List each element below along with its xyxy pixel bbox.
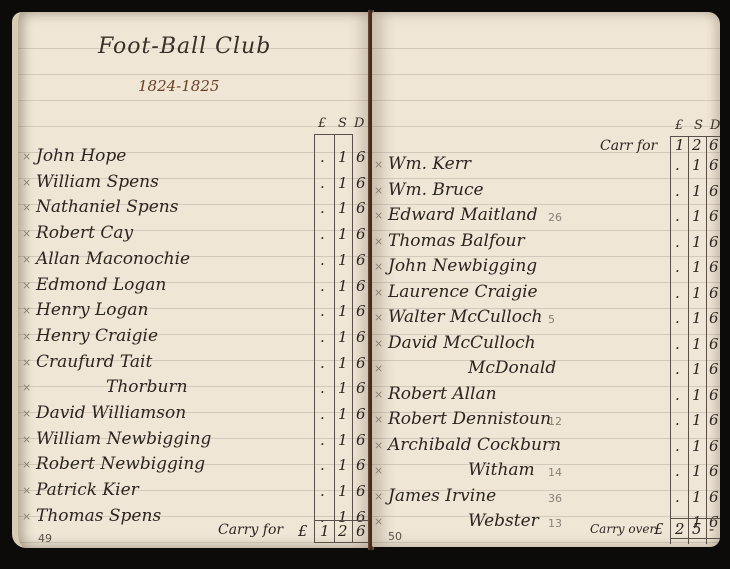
amount-pence: 6 [709,488,719,506]
open-ledger-book: Foot-Ball Club 1824-1825 £ S D ×John Hop… [0,0,730,569]
member-name: Wm. Kerr [388,154,471,174]
check-mark-icon: × [374,158,383,171]
amount-pence: 6 [356,456,366,474]
member-name: Thomas Balfour [388,231,525,251]
amount-shillings: 1 [692,462,702,480]
check-mark-icon: × [22,253,31,266]
total-pound-symbol: £ [654,520,664,538]
check-mark-icon: × [22,279,31,292]
total-pence: 6 [356,522,366,540]
column-rule [352,134,353,542]
amount-shillings: 1 [338,174,348,192]
amount-pounds: . [675,182,680,200]
amount-pounds: . [675,156,680,174]
amount-pence: 6 [709,182,719,200]
carry-over-label: Carry over [590,522,655,536]
amount-shillings: 1 [692,309,702,327]
member-name: Edward Maitland [388,205,538,225]
pencil-note: 5 [548,313,555,326]
total-pounds: 1 [320,522,330,540]
check-mark-icon: × [374,209,383,222]
amount-pounds: . [320,456,325,474]
amount-shillings: 1 [338,456,348,474]
amount-pence: 6 [709,156,719,174]
page-number-left: 49 [38,532,52,545]
amount-pounds: . [675,258,680,276]
amount-pounds: . [675,233,680,251]
amount-shillings: 1 [338,405,348,423]
member-name: Craufurd Tait [36,352,152,372]
amount-shillings: 1 [692,386,702,404]
check-mark-icon: × [22,381,31,394]
amount-shillings: 1 [338,277,348,295]
amount-pounds: . [675,411,680,429]
member-name: Robert Allan [388,384,497,404]
total-pound-symbol: £ [298,522,308,540]
check-mark-icon: × [374,413,383,426]
member-name: David Williamson [36,403,186,423]
member-name: John Hope [36,146,126,166]
amount-pence: 6 [709,462,719,480]
check-mark-icon: × [22,407,31,420]
amount-pence: 6 [709,335,719,353]
carried-pounds: 1 [675,136,685,154]
carried-shillings: 2 [692,136,702,154]
amount-shillings: 1 [692,233,702,251]
amount-pounds: . [675,386,680,404]
pencil-note: 26 [548,211,562,224]
column-rule [334,134,335,542]
total-shillings: 2 [338,522,348,540]
amount-pence: 6 [356,431,366,449]
amount-pounds: . [320,148,325,166]
member-name: Edmond Logan [36,275,166,295]
column-rule [314,134,315,542]
amount-pence: 6 [709,360,719,378]
amount-shillings: 1 [338,225,348,243]
amount-shillings: 1 [692,258,702,276]
member-name: McDonald [468,358,556,378]
amount-shillings: 1 [692,411,702,429]
total-pence: - [709,520,714,538]
amount-shillings: 1 [692,156,702,174]
page-number-right: 50 [388,530,402,543]
amount-pence: 6 [356,199,366,217]
amount-pence: 6 [356,379,366,397]
check-mark-icon: × [22,330,31,343]
amount-shillings: 1 [338,302,348,320]
check-mark-icon: × [374,439,383,452]
amount-pence: 6 [709,437,719,455]
carry-forward-label: Carry for [218,522,283,538]
amount-pence: 6 [356,174,366,192]
pounds-header: £ [675,118,683,133]
check-mark-icon: × [22,304,31,317]
amount-pounds: . [675,360,680,378]
member-name: Patrick Kier [36,480,139,500]
check-mark-icon: × [374,235,383,248]
total-rule [314,542,370,543]
pounds-header: £ [318,116,326,131]
amount-pounds: . [320,431,325,449]
member-name: Walter McCulloch [388,307,542,327]
amount-shillings: 1 [692,207,702,225]
amount-pounds: . [320,251,325,269]
amount-pounds: . [320,328,325,346]
column-rule [706,136,707,544]
amount-pence: 6 [709,386,719,404]
amount-pence: 6 [356,328,366,346]
amount-pounds: . [675,207,680,225]
member-name: James Irvine [388,486,496,506]
shillings-header: S [694,118,703,133]
total-shillings: 5 [692,520,702,538]
amount-pounds: . [320,405,325,423]
check-mark-icon: × [22,176,31,189]
check-mark-icon: × [374,184,383,197]
check-mark-icon: × [22,150,31,163]
amount-pounds: . [675,437,680,455]
check-mark-icon: × [374,515,383,528]
amount-shillings: 1 [338,379,348,397]
member-name: Robert Dennistoun [388,409,551,429]
right-page: £ S D Carr for 1 2 6 ×Wm. Kerr.16×Wm. Br… [372,12,720,547]
check-mark-icon: × [374,260,383,273]
amount-pence: 6 [356,251,366,269]
member-name: Nathaniel Spens [36,197,178,217]
pencil-note: 14 [548,466,562,479]
amount-pounds: . [320,379,325,397]
amount-pence: 6 [709,233,719,251]
amount-pounds: . [320,225,325,243]
check-mark-icon: × [22,510,31,523]
carried-forward-label: Carr for [600,138,657,154]
amount-pounds: . [320,482,325,500]
amount-shillings: 1 [692,284,702,302]
pencil-note: 13 [548,517,562,530]
amount-pounds: . [675,284,680,302]
member-name: Allan Maconochie [36,249,190,269]
amount-pounds: . [675,335,680,353]
total-rule [670,518,720,519]
check-mark-icon: × [22,227,31,240]
member-name: Thorburn [106,377,188,397]
member-name: Witham [468,460,535,480]
member-name: Wm. Bruce [388,180,484,200]
season-years: 1824-1825 [138,77,219,95]
check-mark-icon: × [374,337,383,350]
amount-pence: 6 [709,411,719,429]
amount-pence: 6 [356,405,366,423]
amount-shillings: 1 [338,199,348,217]
amount-pence: 6 [356,354,366,372]
amount-pence: 6 [709,258,719,276]
amount-pence: 6 [356,148,366,166]
amount-pounds: . [320,277,325,295]
check-mark-icon: × [22,484,31,497]
column-rule [688,136,689,544]
amount-pence: 6 [356,302,366,320]
check-mark-icon: × [374,362,383,375]
member-name: William Spens [36,172,159,192]
amount-pounds: . [675,488,680,506]
amount-pounds: . [320,354,325,372]
check-mark-icon: × [374,464,383,477]
amount-pounds: . [675,462,680,480]
amount-pence: 6 [356,277,366,295]
check-mark-icon: × [22,458,31,471]
shillings-header: S [338,116,347,131]
amount-pence: 6 [709,309,719,327]
pencil-note: 7 [548,441,555,454]
check-mark-icon: × [374,388,383,401]
amount-shillings: 1 [692,335,702,353]
total-pounds: 2 [675,520,685,538]
check-mark-icon: × [22,356,31,369]
check-mark-icon: × [374,490,383,503]
pence-header: D [354,116,364,131]
member-name: Thomas Spens [36,506,161,526]
ledger-title: Foot-Ball Club [98,34,271,59]
member-name: David McCulloch [388,333,536,353]
member-name: Archibald Cockburn [388,435,561,455]
check-mark-icon: × [22,433,31,446]
amount-pence: 6 [356,482,366,500]
header-rule [314,134,352,135]
pence-header: D [710,118,720,133]
amount-shillings: 1 [338,354,348,372]
amount-pence: 6 [709,284,719,302]
amount-pence: 6 [356,225,366,243]
member-name: Robert Cay [36,223,133,243]
total-rule [314,520,370,521]
amount-pounds: . [675,309,680,327]
member-name: John Newbigging [388,256,537,276]
amount-pounds: . [320,302,325,320]
check-mark-icon: × [22,201,31,214]
pencil-note: 36 [548,492,562,505]
member-name: William Newbigging [36,429,211,449]
total-rule [670,538,720,539]
member-name: Webster [468,511,539,531]
amount-shillings: 1 [338,431,348,449]
member-name: Laurence Craigie [388,282,538,302]
member-name: Henry Craigie [36,326,158,346]
amount-pounds: . [320,174,325,192]
check-mark-icon: × [374,286,383,299]
carried-pence: 6 [709,136,719,154]
amount-shillings: 1 [338,328,348,346]
amount-shillings: 1 [338,482,348,500]
member-name: Robert Newbigging [36,454,205,474]
left-page: Foot-Ball Club 1824-1825 £ S D ×John Hop… [12,12,372,548]
amount-pence: 6 [709,207,719,225]
amount-shillings: 1 [692,182,702,200]
column-rule [670,136,671,544]
amount-shillings: 1 [692,360,702,378]
amount-shillings: 1 [338,251,348,269]
amount-shillings: 1 [692,437,702,455]
pencil-note: 12 [548,415,562,428]
check-mark-icon: × [374,311,383,324]
amount-shillings: 1 [338,148,348,166]
member-name: Henry Logan [36,300,148,320]
amount-shillings: 1 [692,488,702,506]
amount-pounds: . [320,199,325,217]
